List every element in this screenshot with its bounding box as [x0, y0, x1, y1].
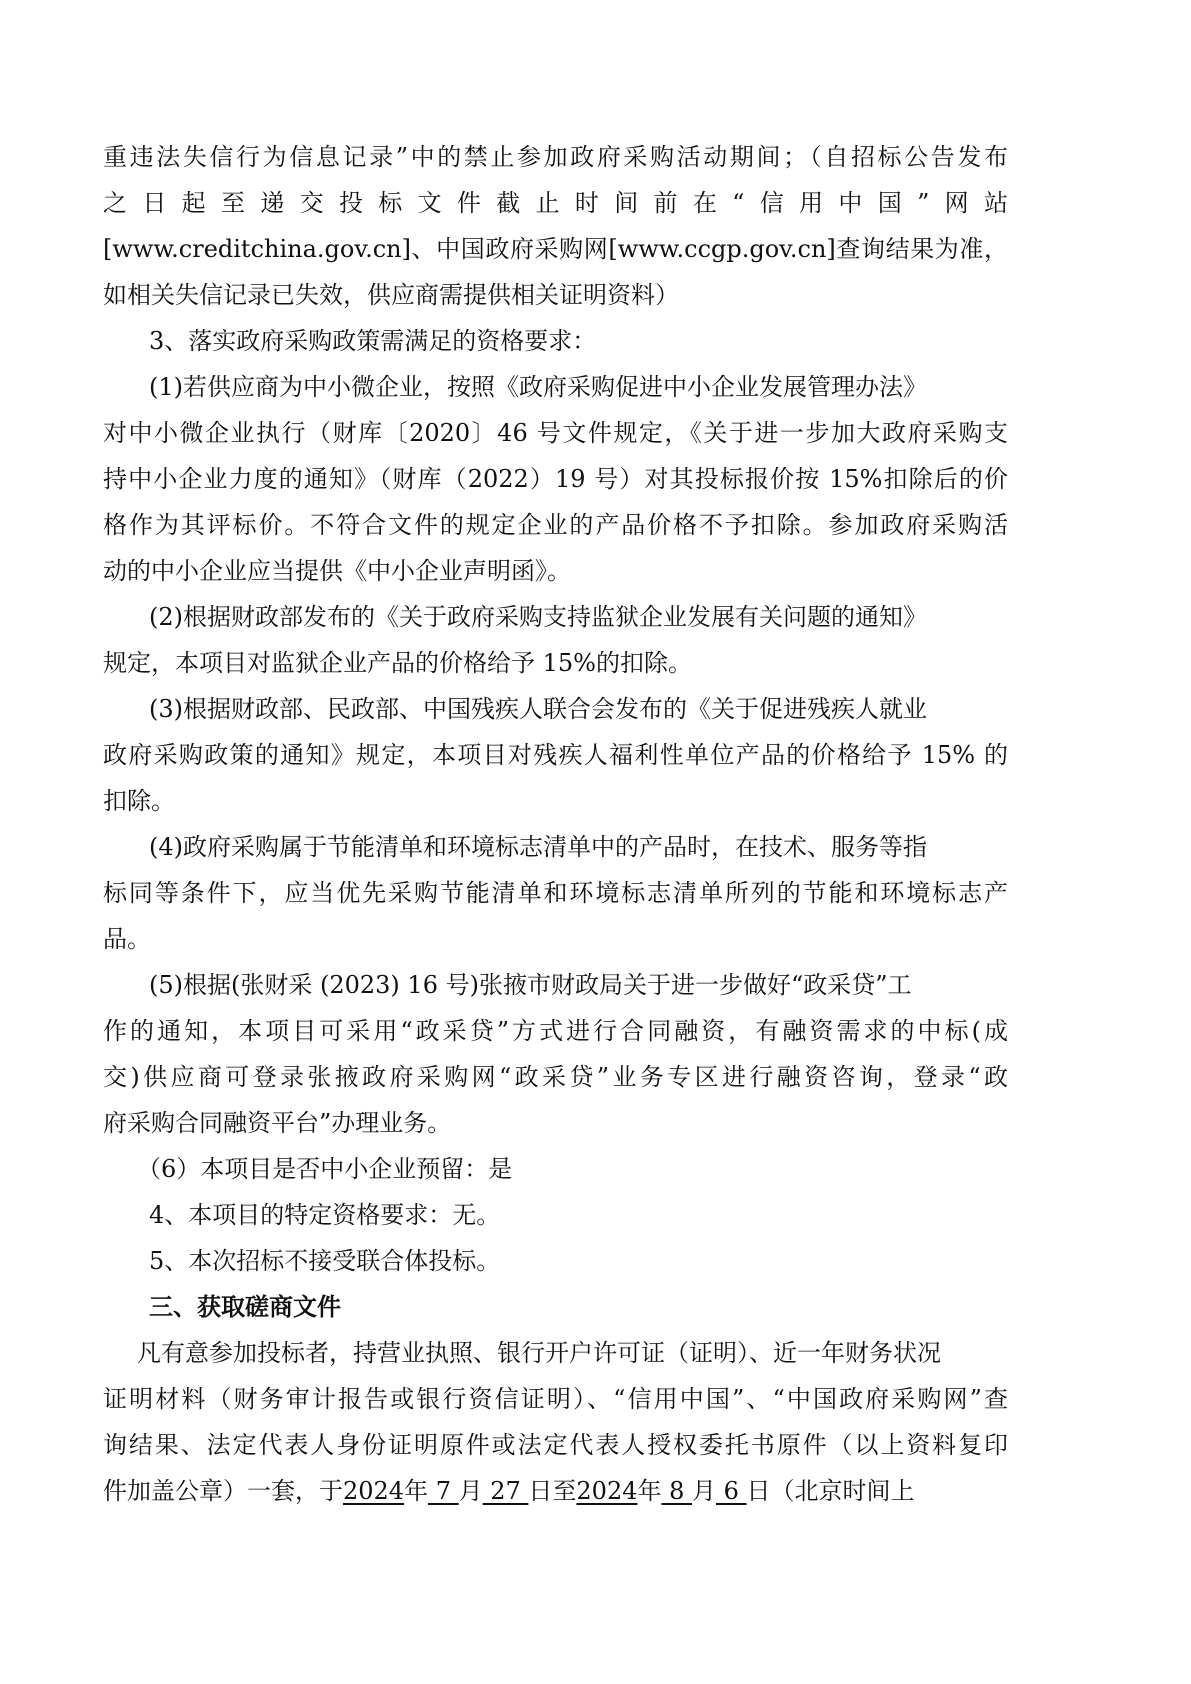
date-field-end-year: 2024	[576, 1477, 637, 1505]
paragraph-line: 对中小微企业执行（财库〔2020〕46 号文件规定，《关于进一步加大政府采购支	[103, 416, 1008, 450]
paragraph-line: (3)根据财政部、民政部、中国残疾人联合会发布的《关于促进残疾人就业	[149, 692, 927, 726]
paragraph-line: 政府采购政策的通知》规定，本项目对残疾人福利性单位产品的价格给予 15% 的	[103, 738, 1008, 772]
paragraph-line: 之日起至递交投标文件截止时间前在“信用中国”网站	[103, 186, 1008, 220]
paragraph-line: 格作为其评标价。不符合文件的规定企业的产品价格不予扣除。参加政府采购活	[103, 508, 1008, 542]
paragraph-line: (4)政府采购属于节能清单和环境标志清单中的产品时，在技术、服务等指	[149, 830, 927, 864]
paragraph-line: 品。	[103, 922, 151, 956]
paragraph-line: 如相关失信记录已失效，供应商需提供相关证明资料）	[103, 278, 679, 312]
paragraph-line: 标同等条件下，应当优先采购节能清单和环境标志清单所列的节能和环境标志产	[103, 876, 1008, 910]
date-text: 年	[637, 1477, 661, 1505]
date-text: 日至	[528, 1477, 576, 1505]
paragraph-line: 规定，本项目对监狱企业产品的价格给予 15%的扣除。	[103, 646, 692, 680]
date-field-start-day: 27	[483, 1477, 529, 1505]
date-field-end-day: 6	[716, 1477, 747, 1505]
date-line: 件加盖公章）一套，于2024年 7 月 27 日至2024年 8 月 6 日（北…	[103, 1474, 915, 1508]
paragraph-line: (1)若供应商为中小微企业，按照《政府采购促进中小企业发展管理办法》	[149, 370, 927, 404]
date-field-end-month: 8	[661, 1477, 692, 1505]
paragraph-line: 动的中小企业应当提供《中小企业声明函》。	[103, 554, 571, 588]
date-text: 月	[459, 1477, 483, 1505]
date-field-start-month: 7	[428, 1477, 459, 1505]
date-text: 年	[404, 1477, 428, 1505]
paragraph-line: 扣除。	[103, 784, 175, 818]
date-field-start-year: 2024	[343, 1477, 404, 1505]
date-text: 月	[692, 1477, 716, 1505]
paragraph-line: 4、本项目的特定资格要求：无。	[149, 1198, 500, 1232]
paragraph-line: 作的通知，本项目可采用“政采贷”方式进行合同融资，有融资需求的中标(成	[103, 1014, 1008, 1048]
date-text: 件加盖公章）一套，于	[103, 1477, 343, 1505]
paragraph-line: 询结果、法定代表人身份证明原件或法定代表人授权委托书原件（以上资料复印	[103, 1428, 1008, 1462]
paragraph-line: (5)根据(张财采 (2023) 16 号)张掖市财政局关于进一步做好“政采贷”…	[149, 968, 912, 1002]
paragraph-line: 证明材料（财务审计报告或银行资信证明）、“信用中国”、“中国政府采购网”查	[103, 1382, 1008, 1416]
paragraph-line: （6）本项目是否中小企业预留：是	[137, 1152, 512, 1186]
paragraph-line: 凡有意参加投标者，持营业执照、银行开户许可证（证明）、近一年财务状况	[137, 1336, 941, 1370]
paragraph-line: 重违法失信行为信息记录”中的禁止参加政府采购活动期间；（自招标公告发布	[103, 140, 1008, 174]
paragraph-line: 府采购合同融资平台”办理业务。	[103, 1106, 451, 1140]
paragraph-line: 5、本次招标不接受联合体投标。	[149, 1244, 500, 1278]
paragraph-line: [www.creditchina.gov.cn]、中国政府采购网[www.ccg…	[103, 232, 1008, 266]
paragraph-line: 持中小企业力度的通知》（财库（2022）19 号）对其投标报价按 15%扣除后的…	[103, 462, 1008, 496]
section-heading: 三、获取磋商文件	[149, 1290, 341, 1324]
paragraph-line: (2)根据财政部发布的《关于政府采购支持监狱企业发展有关问题的通知》	[149, 600, 927, 634]
paragraph-line: 交)供应商可登录张掖政府采购网“政采贷”业务专区进行融资咨询，登录“政	[103, 1060, 1008, 1094]
date-text: 日（北京时间上	[747, 1477, 915, 1505]
paragraph-line: 3、落实政府采购政策需满足的资格要求：	[149, 324, 596, 358]
